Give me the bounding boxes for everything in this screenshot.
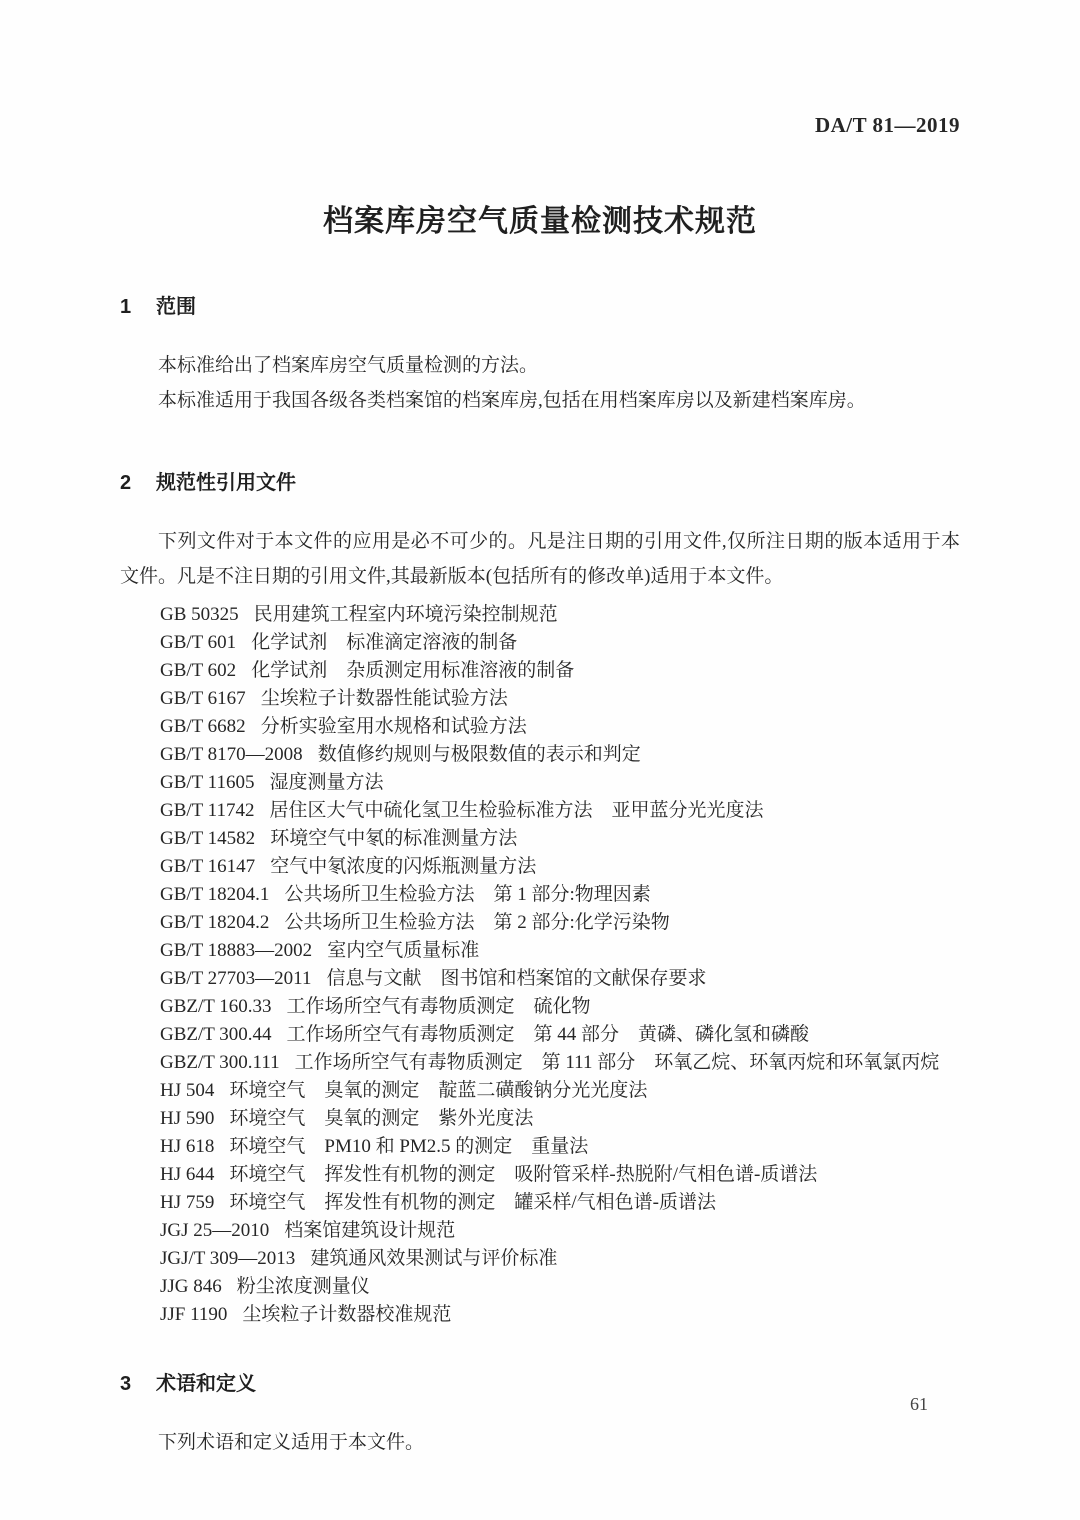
reference-code: GB/T 601 — [160, 632, 236, 653]
reference-item: JGJ/T 309—2013建筑通风效果测试与评价标准 — [160, 1245, 960, 1273]
reference-code: HJ 618 — [160, 1136, 214, 1157]
reference-item: HJ 759环境空气 挥发性有机物的测定 罐采样/气相色谱-质谱法 — [160, 1189, 960, 1217]
reference-code: GB/T 18204.2 — [160, 912, 269, 933]
reference-title: 粉尘浓度测量仪 — [237, 1276, 370, 1297]
reference-title: 数值修约规则与极限数值的表示和判定 — [318, 744, 641, 765]
reference-title: 分析实验室用水规格和试验方法 — [261, 716, 527, 737]
section-heading-scope: 1范围 — [120, 294, 960, 320]
reference-code: GB/T 18204.1 — [160, 884, 269, 905]
reference-code: GB/T 27703—2011 — [160, 968, 311, 989]
references-intro: 下列文件对于本文件的应用是必不可少的。凡是注日期的引用文件,仅所注日期的版本适用… — [120, 524, 960, 594]
reference-title: 尘埃粒子计数器校准规范 — [242, 1304, 451, 1325]
reference-item: HJ 618环境空气 PM10 和 PM2.5 的测定 重量法 — [160, 1133, 960, 1161]
section-label: 规范性引用文件 — [156, 472, 296, 494]
reference-code: GB/T 6682 — [160, 716, 246, 737]
document-title: 档案库房空气质量检测技术规范 — [120, 202, 960, 242]
scope-paragraph-2: 本标准适用于我国各级各类档案馆的档案库房,包括在用档案库房以及新建档案库房。 — [120, 383, 960, 418]
reference-title: 居住区大气中硫化氢卫生检验标准方法 亚甲蓝分光光度法 — [269, 800, 763, 821]
section-number: 1 — [120, 294, 140, 320]
reference-code: GBZ/T 160.33 — [160, 996, 272, 1017]
reference-code: GB/T 18883—2002 — [160, 940, 312, 961]
reference-code: HJ 759 — [160, 1192, 214, 1213]
references-list: GB 50325民用建筑工程室内环境污染控制规范 GB/T 601化学试剂 标准… — [120, 601, 960, 1329]
reference-title: 工作场所空气有毒物质测定 第 111 部分 环氧乙烷、环氧丙烷和环氧氯丙烷 — [295, 1052, 940, 1073]
reference-item: GB/T 16147空气中氡浓度的闪烁瓶测量方法 — [160, 853, 960, 881]
reference-item: GB 50325民用建筑工程室内环境污染控制规范 — [160, 601, 960, 629]
reference-code: HJ 504 — [160, 1080, 214, 1101]
reference-item: GB/T 6167尘埃粒子计数器性能试验方法 — [160, 685, 960, 713]
reference-code: GB/T 8170—2008 — [160, 744, 303, 765]
reference-title: 档案馆建筑设计规范 — [284, 1220, 455, 1241]
reference-item: GBZ/T 160.33工作场所空气有毒物质测定 硫化物 — [160, 993, 960, 1021]
reference-item: GB/T 601化学试剂 标准滴定溶液的制备 — [160, 629, 960, 657]
reference-item: GB/T 11742居住区大气中硫化氢卫生检验标准方法 亚甲蓝分光光度法 — [160, 797, 960, 825]
reference-title: 环境空气 挥发性有机物的测定 罐采样/气相色谱-质谱法 — [229, 1192, 716, 1213]
reference-item: GB/T 602化学试剂 杂质测定用标准溶液的制备 — [160, 657, 960, 685]
document-header: DA/T 81—2019 — [120, 112, 960, 138]
reference-code: GBZ/T 300.44 — [160, 1024, 272, 1045]
reference-title: 环境空气 臭氧的测定 靛蓝二磺酸钠分光光度法 — [229, 1080, 647, 1101]
reference-title: 室内空气质量标准 — [327, 940, 479, 961]
reference-title: 化学试剂 标准滴定溶液的制备 — [251, 632, 517, 653]
reference-item: JJG 846粉尘浓度测量仪 — [160, 1273, 960, 1301]
reference-title: 湿度测量方法 — [269, 772, 383, 793]
reference-title: 化学试剂 杂质测定用标准溶液的制备 — [251, 660, 574, 681]
reference-title: 空气中氡浓度的闪烁瓶测量方法 — [270, 856, 536, 877]
reference-title: 民用建筑工程室内环境污染控制规范 — [254, 604, 558, 625]
reference-item: HJ 644环境空气 挥发性有机物的测定 吸附管采样-热脱附/气相色谱-质谱法 — [160, 1161, 960, 1189]
reference-code: GB/T 6167 — [160, 688, 246, 709]
reference-code: GB/T 14582 — [160, 828, 255, 849]
reference-item: HJ 504环境空气 臭氧的测定 靛蓝二磺酸钠分光光度法 — [160, 1077, 960, 1105]
reference-title: 尘埃粒子计数器性能试验方法 — [261, 688, 508, 709]
reference-item: JGJ 25—2010档案馆建筑设计规范 — [160, 1217, 960, 1245]
reference-code: GBZ/T 300.111 — [160, 1052, 280, 1073]
reference-item: JJF 1190尘埃粒子计数器校准规范 — [160, 1301, 960, 1329]
section-label: 术语和定义 — [156, 1373, 256, 1395]
reference-item: GB/T 11605湿度测量方法 — [160, 769, 960, 797]
document-page: DA/T 81—2019 档案库房空气质量检测技术规范 1范围 本标准给出了档案… — [0, 0, 1080, 1520]
reference-code: JGJ 25—2010 — [160, 1220, 269, 1241]
reference-item: GB/T 27703—2011信息与文献 图书馆和档案馆的文献保存要求 — [160, 965, 960, 993]
reference-code: GB 50325 — [160, 604, 239, 625]
reference-item: GB/T 18883—2002室内空气质量标准 — [160, 937, 960, 965]
reference-code: GB/T 11605 — [160, 772, 254, 793]
reference-title: 信息与文献 图书馆和档案馆的文献保存要求 — [326, 968, 706, 989]
section-number: 2 — [120, 470, 140, 496]
page-number: 61 — [910, 1394, 928, 1415]
reference-item: GB/T 6682分析实验室用水规格和试验方法 — [160, 713, 960, 741]
reference-code: GB/T 11742 — [160, 800, 254, 821]
reference-title: 环境空气中氡的标准测量方法 — [270, 828, 517, 849]
reference-code: JGJ/T 309—2013 — [160, 1248, 295, 1269]
reference-title: 工作场所空气有毒物质测定 第 44 部分 黄磷、磷化氢和磷酸 — [287, 1024, 810, 1045]
reference-title: 环境空气 挥发性有机物的测定 吸附管采样-热脱附/气相色谱-质谱法 — [229, 1164, 817, 1185]
reference-code: JJG 846 — [160, 1276, 222, 1297]
section-number: 3 — [120, 1371, 140, 1397]
reference-title: 环境空气 PM10 和 PM2.5 的测定 重量法 — [229, 1136, 588, 1157]
reference-item: HJ 590环境空气 臭氧的测定 紫外光度法 — [160, 1105, 960, 1133]
reference-code: HJ 644 — [160, 1164, 214, 1185]
reference-code: GB/T 602 — [160, 660, 236, 681]
reference-title: 环境空气 臭氧的测定 紫外光度法 — [229, 1108, 533, 1129]
section-heading-terms: 3术语和定义 — [120, 1371, 960, 1397]
reference-item: GBZ/T 300.111工作场所空气有毒物质测定 第 111 部分 环氧乙烷、… — [160, 1049, 960, 1077]
section-label: 范围 — [156, 296, 196, 318]
reference-item: GBZ/T 300.44工作场所空气有毒物质测定 第 44 部分 黄磷、磷化氢和… — [160, 1021, 960, 1049]
scope-paragraph-1: 本标准给出了档案库房空气质量检测的方法。 — [120, 348, 960, 383]
reference-item: GB/T 8170—2008数值修约规则与极限数值的表示和判定 — [160, 741, 960, 769]
reference-title: 建筑通风效果测试与评价标准 — [310, 1248, 557, 1269]
reference-title: 工作场所空气有毒物质测定 硫化物 — [287, 996, 591, 1017]
reference-title: 公共场所卫生检验方法 第 2 部分:化学污染物 — [284, 912, 669, 933]
reference-item: GB/T 18204.2公共场所卫生检验方法 第 2 部分:化学污染物 — [160, 909, 960, 937]
reference-code: JJF 1190 — [160, 1304, 227, 1325]
standard-code: DA/T 81—2019 — [815, 113, 960, 137]
terms-paragraph-1: 下列术语和定义适用于本文件。 — [120, 1425, 960, 1460]
reference-code: HJ 590 — [160, 1108, 214, 1129]
reference-item: GB/T 18204.1公共场所卫生检验方法 第 1 部分:物理因素 — [160, 881, 960, 909]
reference-code: GB/T 16147 — [160, 856, 255, 877]
reference-item: GB/T 14582环境空气中氡的标准测量方法 — [160, 825, 960, 853]
reference-title: 公共场所卫生检验方法 第 1 部分:物理因素 — [284, 884, 650, 905]
section-heading-references: 2规范性引用文件 — [120, 470, 960, 496]
